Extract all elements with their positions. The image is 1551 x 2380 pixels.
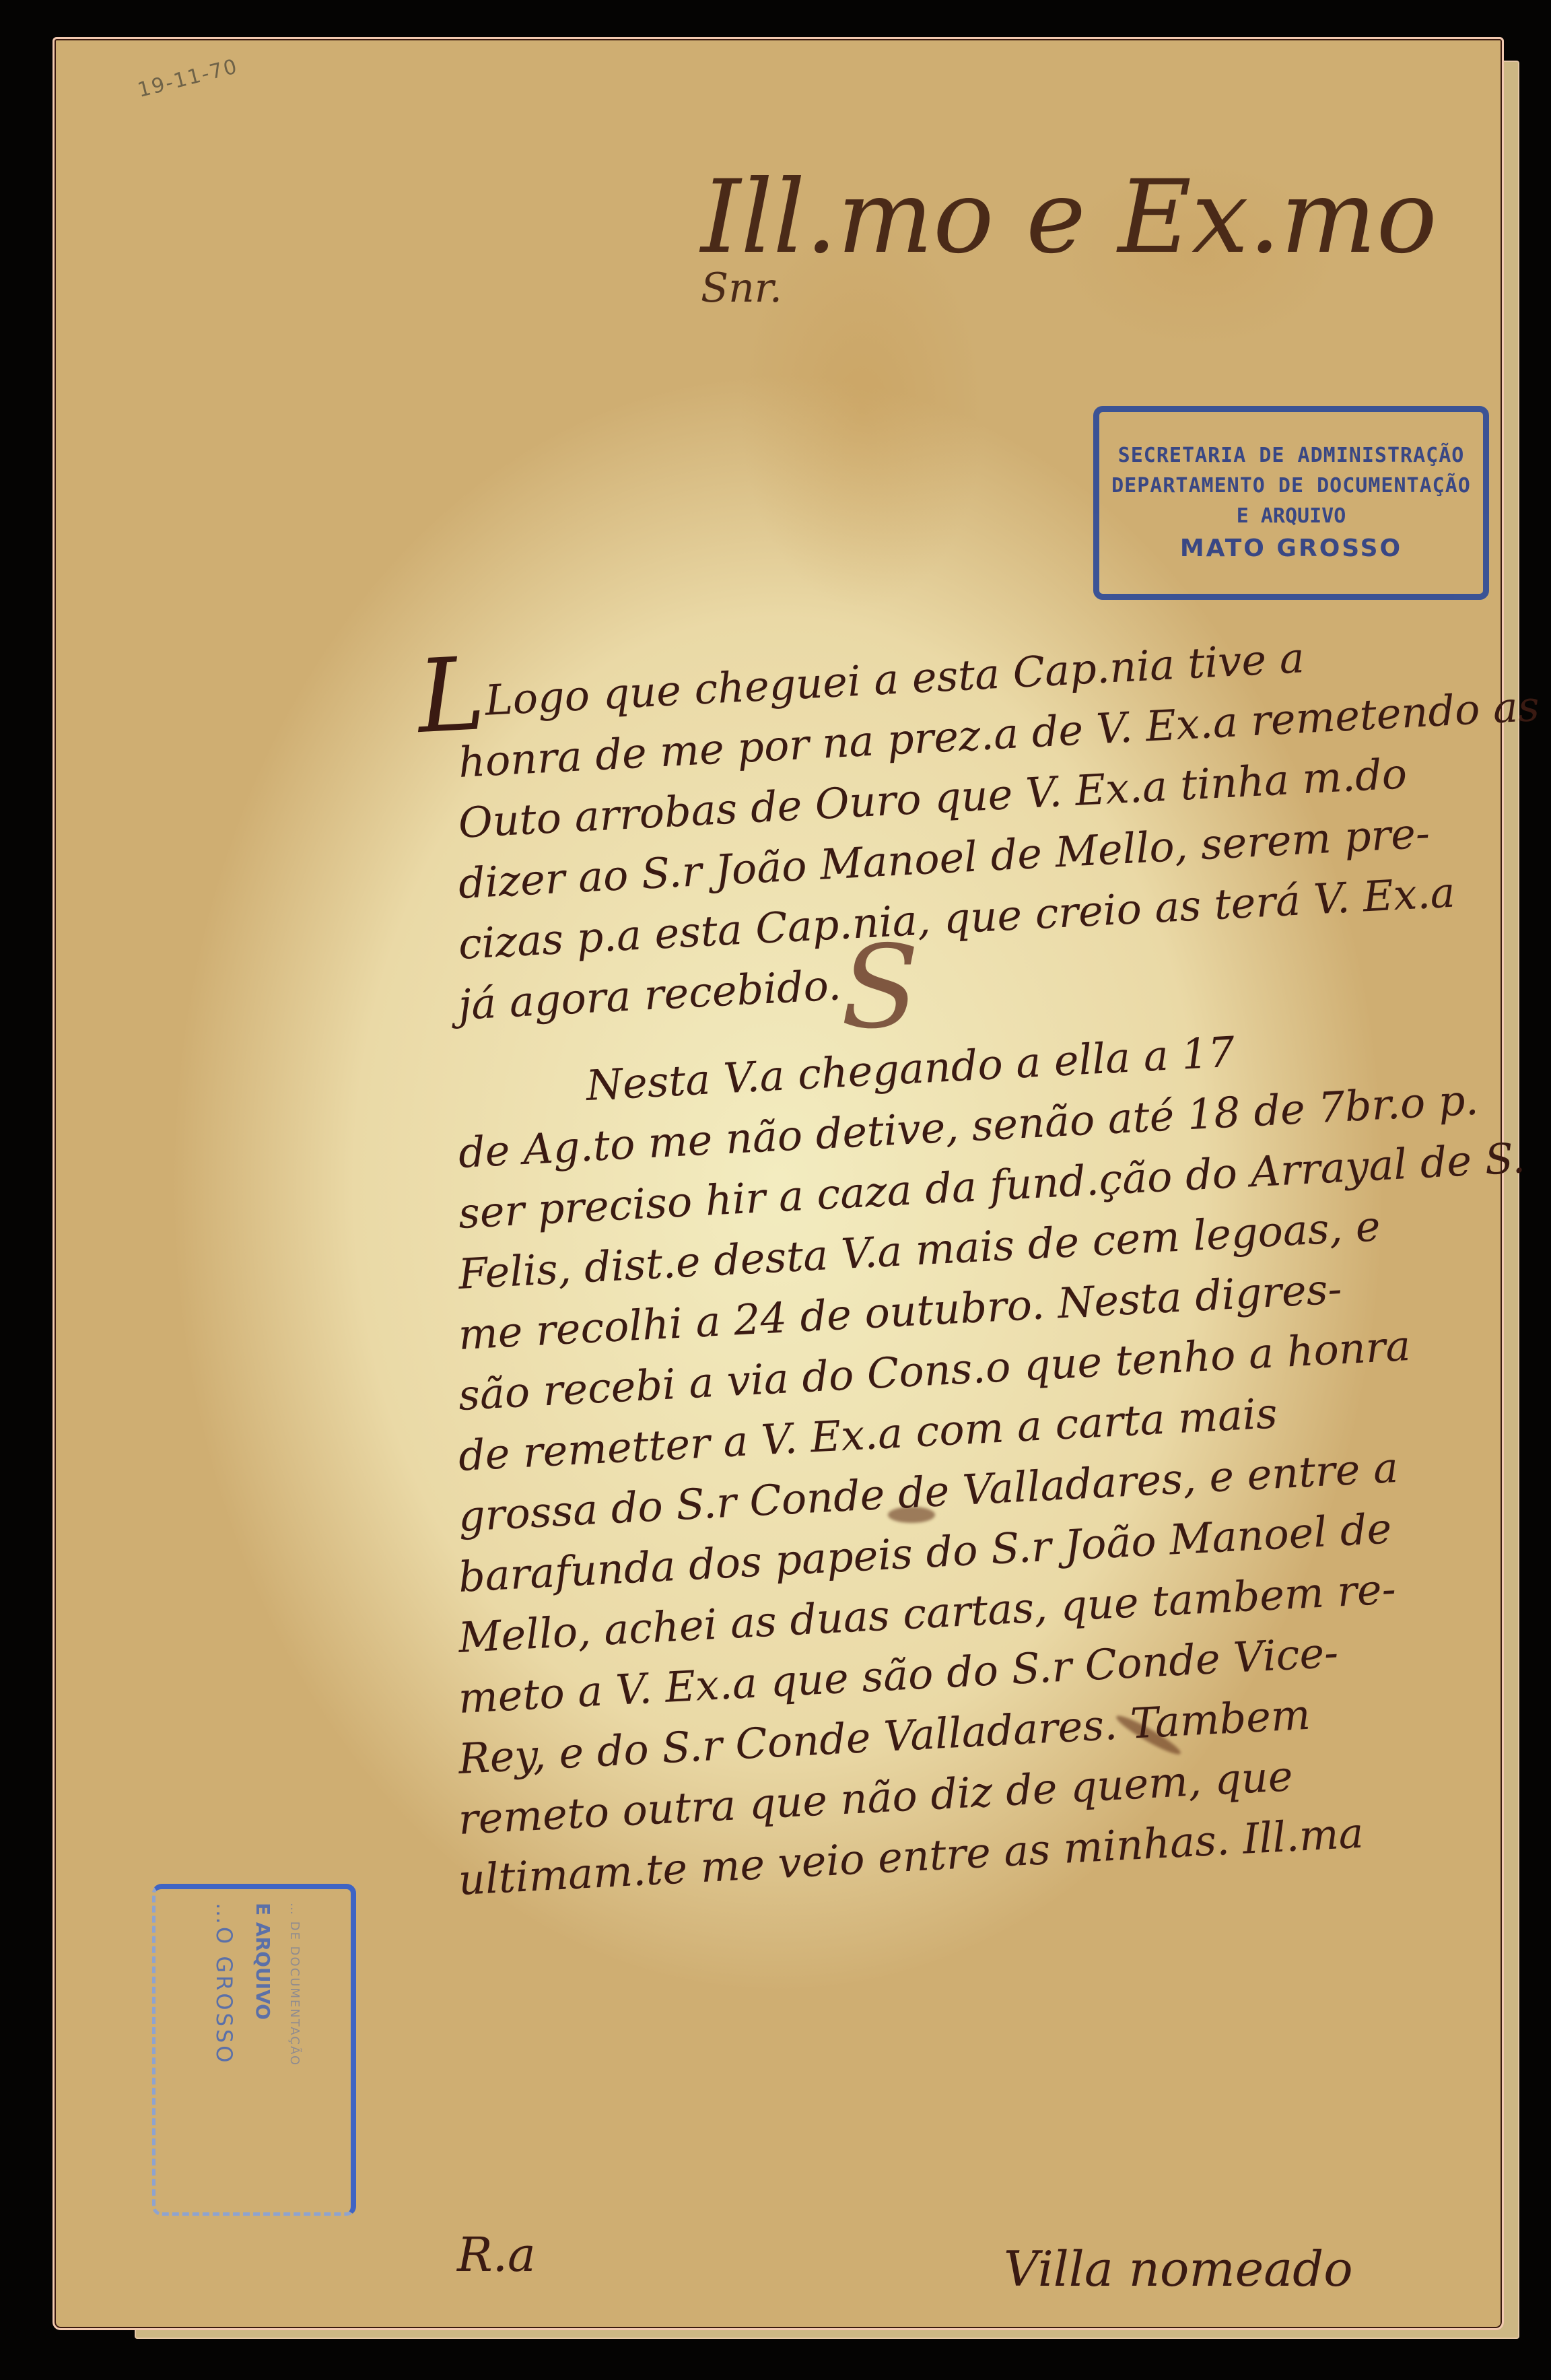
stamp-line-4: MATO GROSSO xyxy=(1099,535,1483,562)
stamp2-line-2: E ARQUIVO xyxy=(252,1903,274,2199)
letter-body: LLogo que cheguei a esta Cap.nia tive a … xyxy=(458,672,1536,1911)
stamp2-line-1: … DE DOCUMENTAÇÃO xyxy=(287,1903,302,2199)
manuscript-page: 19-11-70 Ill.mo e Ex.mo Snr. SECRETARIA … xyxy=(53,37,1504,2330)
stamp2-line-3: …O GROSSO xyxy=(211,1903,237,2199)
pencil-date-note: 19-11-70 xyxy=(135,55,240,102)
stamp-line-1: SECRETARIA DE ADMINISTRAÇÃO xyxy=(1099,444,1483,467)
secondary-archive-stamp: … DE DOCUMENTAÇÃO E ARQUIVO …O GROSSO xyxy=(152,1884,356,2216)
archive-stamp: SECRETARIA DE ADMINISTRAÇÃO DEPARTAMENTO… xyxy=(1093,406,1489,600)
salutation: Ill.mo e Ex.mo Snr. xyxy=(701,167,1502,369)
stamp-line-2: DEPARTAMENTO DE DOCUMENTAÇÃO xyxy=(1099,474,1483,498)
paragraph-1: LLogo que cheguei a esta Cap.nia tive a … xyxy=(458,672,1536,1035)
closing-signature: Villa nomeado xyxy=(1004,2241,1353,2297)
salutation-suffix: Snr. xyxy=(701,265,782,312)
stamp-line-3: E ARQUIVO xyxy=(1099,504,1483,528)
abbreviation-mark: R.a xyxy=(457,2227,536,2282)
paragraph-2: Nesta V.a chegando a ella a 17 de Ag.to … xyxy=(458,1062,1536,1911)
salutation-main: Ill.mo e Ex.mo xyxy=(701,159,1437,276)
